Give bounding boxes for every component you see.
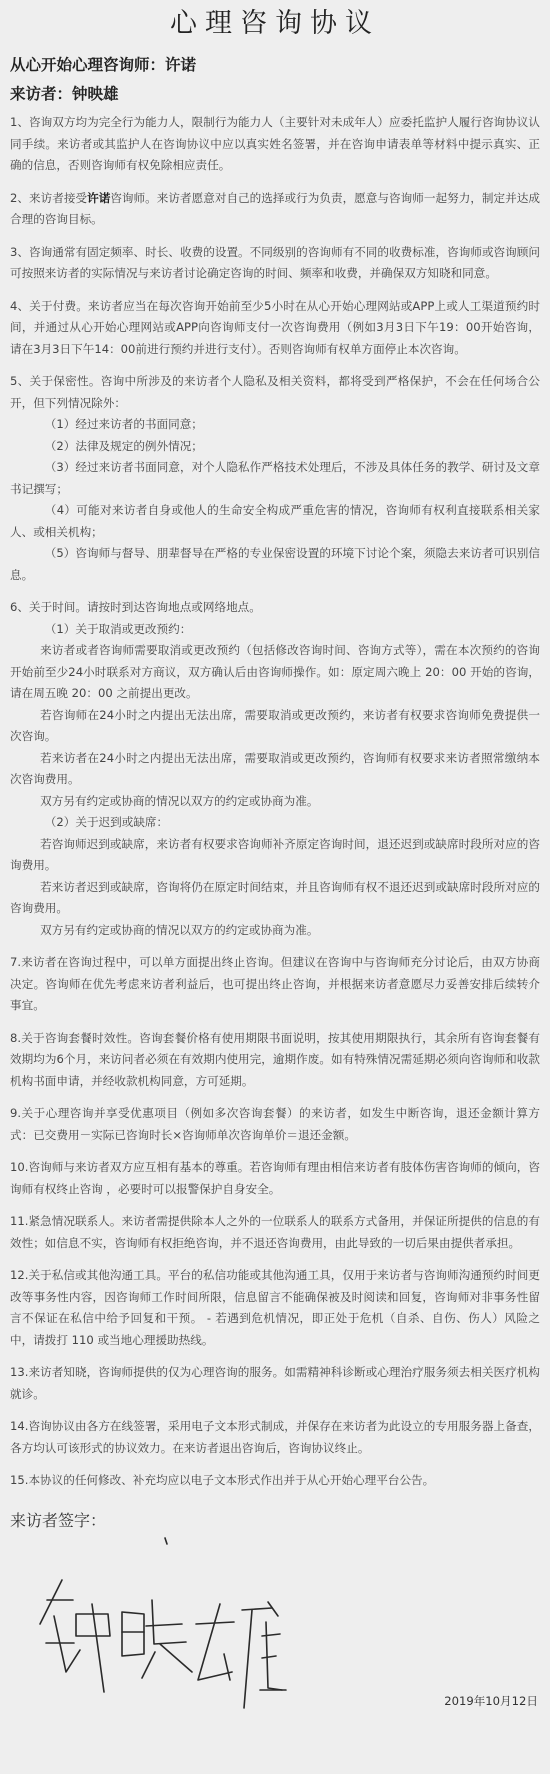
- clause-6-sub2-line: 双方另有约定或协商的情况以双方的约定或协商为准。: [10, 920, 540, 942]
- clause-text: 12.关于私信或其他沟通工具。平台的私信功能或其他沟通工具，仅用于来访者与咨询师…: [10, 1265, 540, 1351]
- client-line: 来访者：钟映雄: [10, 83, 540, 105]
- clause-6-sub2-title: （2）关于迟到或缺席：: [10, 812, 540, 834]
- clause-8: 8.关于咨询套餐时效性。咨询套餐价格有使用期限书面说明，按其使用期限执行，其余所…: [10, 1028, 540, 1093]
- clause-2: 2、来访者接受许诺咨询师。来访者愿意对自己的选择或行为负责，愿意与咨询师一起努力…: [10, 188, 540, 231]
- handwritten-signature-strokes: [10, 1532, 310, 1742]
- clause-10: 10.咨询师与来访者双方应互相有基本的尊重。若咨询师有理由相信来访者有肢体伤害咨…: [10, 1157, 540, 1200]
- clause-4: 4、关于付费。来访者应当在每次咨询开始前至少5小时在从心开始心理网站或APP上或…: [10, 296, 540, 361]
- clause-13: 13.来访者知晓，咨询师提供的仅为心理咨询的服务。如需精神科诊断或心理治疗服务须…: [10, 1362, 540, 1405]
- signature-image: [10, 1532, 540, 1742]
- clause-text: 13.来访者知晓，咨询师提供的仅为心理咨询的服务。如需精神科诊断或心理治疗服务须…: [10, 1362, 540, 1405]
- clause-9: 9.关于心理咨询并享受优惠项目（例如多次咨询套餐）的来访者，如发生中断咨询，退还…: [10, 1103, 540, 1146]
- clause-1: 1、咨询双方均为完全行为能力人，限制行为能力人（主要针对未成年人）应委托监护人履…: [10, 112, 540, 177]
- clause-6-sub1-line: 若来访者在24小时之内提出无法出席，需要取消或更改预约，咨询师有权要求来访者照常…: [10, 748, 540, 791]
- clause-6: 6、关于时间。请按时到达咨询地点或网络地点。 （1）关于取消或更改预约： 来访者…: [10, 597, 540, 941]
- agreement-document: 心理咨询协议 从心开始心理咨询师：许诺 来访者：钟映雄 1、咨询双方均为完全行为…: [0, 0, 550, 1742]
- clause-text: 15.本协议的任何修改、补充均应以电子文本形式作出并于从心开始心理平台公告。: [10, 1470, 540, 1492]
- clause-6-sub2-line: 若来访者迟到或缺席，咨询将仍在原定时间结束，并且咨询师有权不退还迟到或缺席时段所…: [10, 877, 540, 920]
- clause-12: 12.关于私信或其他沟通工具。平台的私信功能或其他沟通工具，仅用于来访者与咨询师…: [10, 1265, 540, 1351]
- clause-6-sub1-title: （1）关于取消或更改预约：: [10, 619, 540, 641]
- clause-2-prefix: 2、来访者接受: [10, 191, 87, 205]
- clause-5-item: （1）经过来访者的书面同意；: [10, 414, 540, 436]
- clause-text: 8.关于咨询套餐时效性。咨询套餐价格有使用期限书面说明，按其使用期限执行，其余所…: [10, 1028, 540, 1093]
- page-title: 心理咨询协议: [10, 0, 540, 48]
- clause-text: 14.咨询协议由各方在线签署，采用电子文本形式制成，并保存在来访者为此设立的专用…: [10, 1416, 540, 1459]
- clause-text: 4、关于付费。来访者应当在每次咨询开始前至少5小时在从心开始心理网站或APP上或…: [10, 296, 540, 361]
- clause-3: 3、咨询通常有固定频率、时长、收费的设置。不同级别的咨询师有不同的收费标准，咨询…: [10, 242, 540, 285]
- clause-7: 7.来访者在咨询过程中，可以单方面提出终止咨询。但建议在咨询中与咨询师充分讨论后…: [10, 952, 540, 1017]
- clause-5-item: （2）法律及规定的例外情况；: [10, 436, 540, 458]
- clause-text: 10.咨询师与来访者双方应互相有基本的尊重。若咨询师有理由相信来访者有肢体伤害咨…: [10, 1157, 540, 1200]
- clause-5-item: （4）可能对来访者自身或他人的生命安全构成严重危害的情况，咨询师有权利直接联系相…: [10, 500, 540, 543]
- clause-5: 5、关于保密性。咨询中所涉及的来访者个人隐私及相关资料，都将受到严格保护，不会在…: [10, 371, 540, 586]
- clause-text: 9.关于心理咨询并享受优惠项目（例如多次咨询套餐）的来访者，如发生中断咨询，退还…: [10, 1103, 540, 1146]
- clause-text: 3、咨询通常有固定频率、时长、收费的设置。不同级别的咨询师有不同的收费标准，咨询…: [10, 242, 540, 285]
- clause-6-sub1-line: 来访者或者咨询师需要取消或更改预约（包括修改咨询时间、咨询方式等），需在本次预约…: [10, 640, 540, 705]
- clause-11: 11.紧急情况联系人。来访者需提供除本人之外的一位联系人的联系方式备用，并保证所…: [10, 1211, 540, 1254]
- signature-label: 来访者签字：: [10, 1510, 540, 1532]
- clause-6-sub1-line: 若咨询师在24小时之内提出无法出席，需要取消或更改预约，来访者有权要求咨询师免费…: [10, 705, 540, 748]
- clause-5-item: （3）经过来访者书面同意，对个人隐私作严格技术处理后，不涉及具体任务的教学、研讨…: [10, 457, 540, 500]
- clause-14: 14.咨询协议由各方在线签署，采用电子文本形式制成，并保存在来访者为此设立的专用…: [10, 1416, 540, 1459]
- clause-intro: 6、关于时间。请按时到达咨询地点或网络地点。: [10, 597, 540, 619]
- clause-intro: 5、关于保密性。咨询中所涉及的来访者个人隐私及相关资料，都将受到严格保护，不会在…: [10, 371, 540, 414]
- clause-6-sub1-line: 双方另有约定或协商的情况以双方的约定或协商为准。: [10, 791, 540, 813]
- clause-text: 2、来访者接受许诺咨询师。来访者愿意对自己的选择或行为负责，愿意与咨询师一起努力…: [10, 188, 540, 231]
- clause-5-item: （5）咨询师与督导、朋辈督导在严格的专业保密设置的环境下讨论个案，须隐去来访者可…: [10, 543, 540, 586]
- clause-text: 11.紧急情况联系人。来访者需提供除本人之外的一位联系人的联系方式备用，并保证所…: [10, 1211, 540, 1254]
- clause-6-sub2-line: 若咨询师迟到或缺席，来访者有权要求咨询师补齐原定咨询时间，退还迟到或缺席时段所对…: [10, 834, 540, 877]
- clause-15: 15.本协议的任何修改、补充均应以电子文本形式作出并于从心开始心理平台公告。: [10, 1470, 540, 1492]
- counselor-name: 许诺: [87, 191, 110, 205]
- clause-text: 7.来访者在咨询过程中，可以单方面提出终止咨询。但建议在咨询中与咨询师充分讨论后…: [10, 952, 540, 1017]
- signing-date: 2019年10月12日: [444, 1693, 538, 1709]
- counselor-line: 从心开始心理咨询师：许诺: [10, 54, 540, 76]
- clause-text: 1、咨询双方均为完全行为能力人，限制行为能力人（主要针对未成年人）应委托监护人履…: [10, 112, 540, 177]
